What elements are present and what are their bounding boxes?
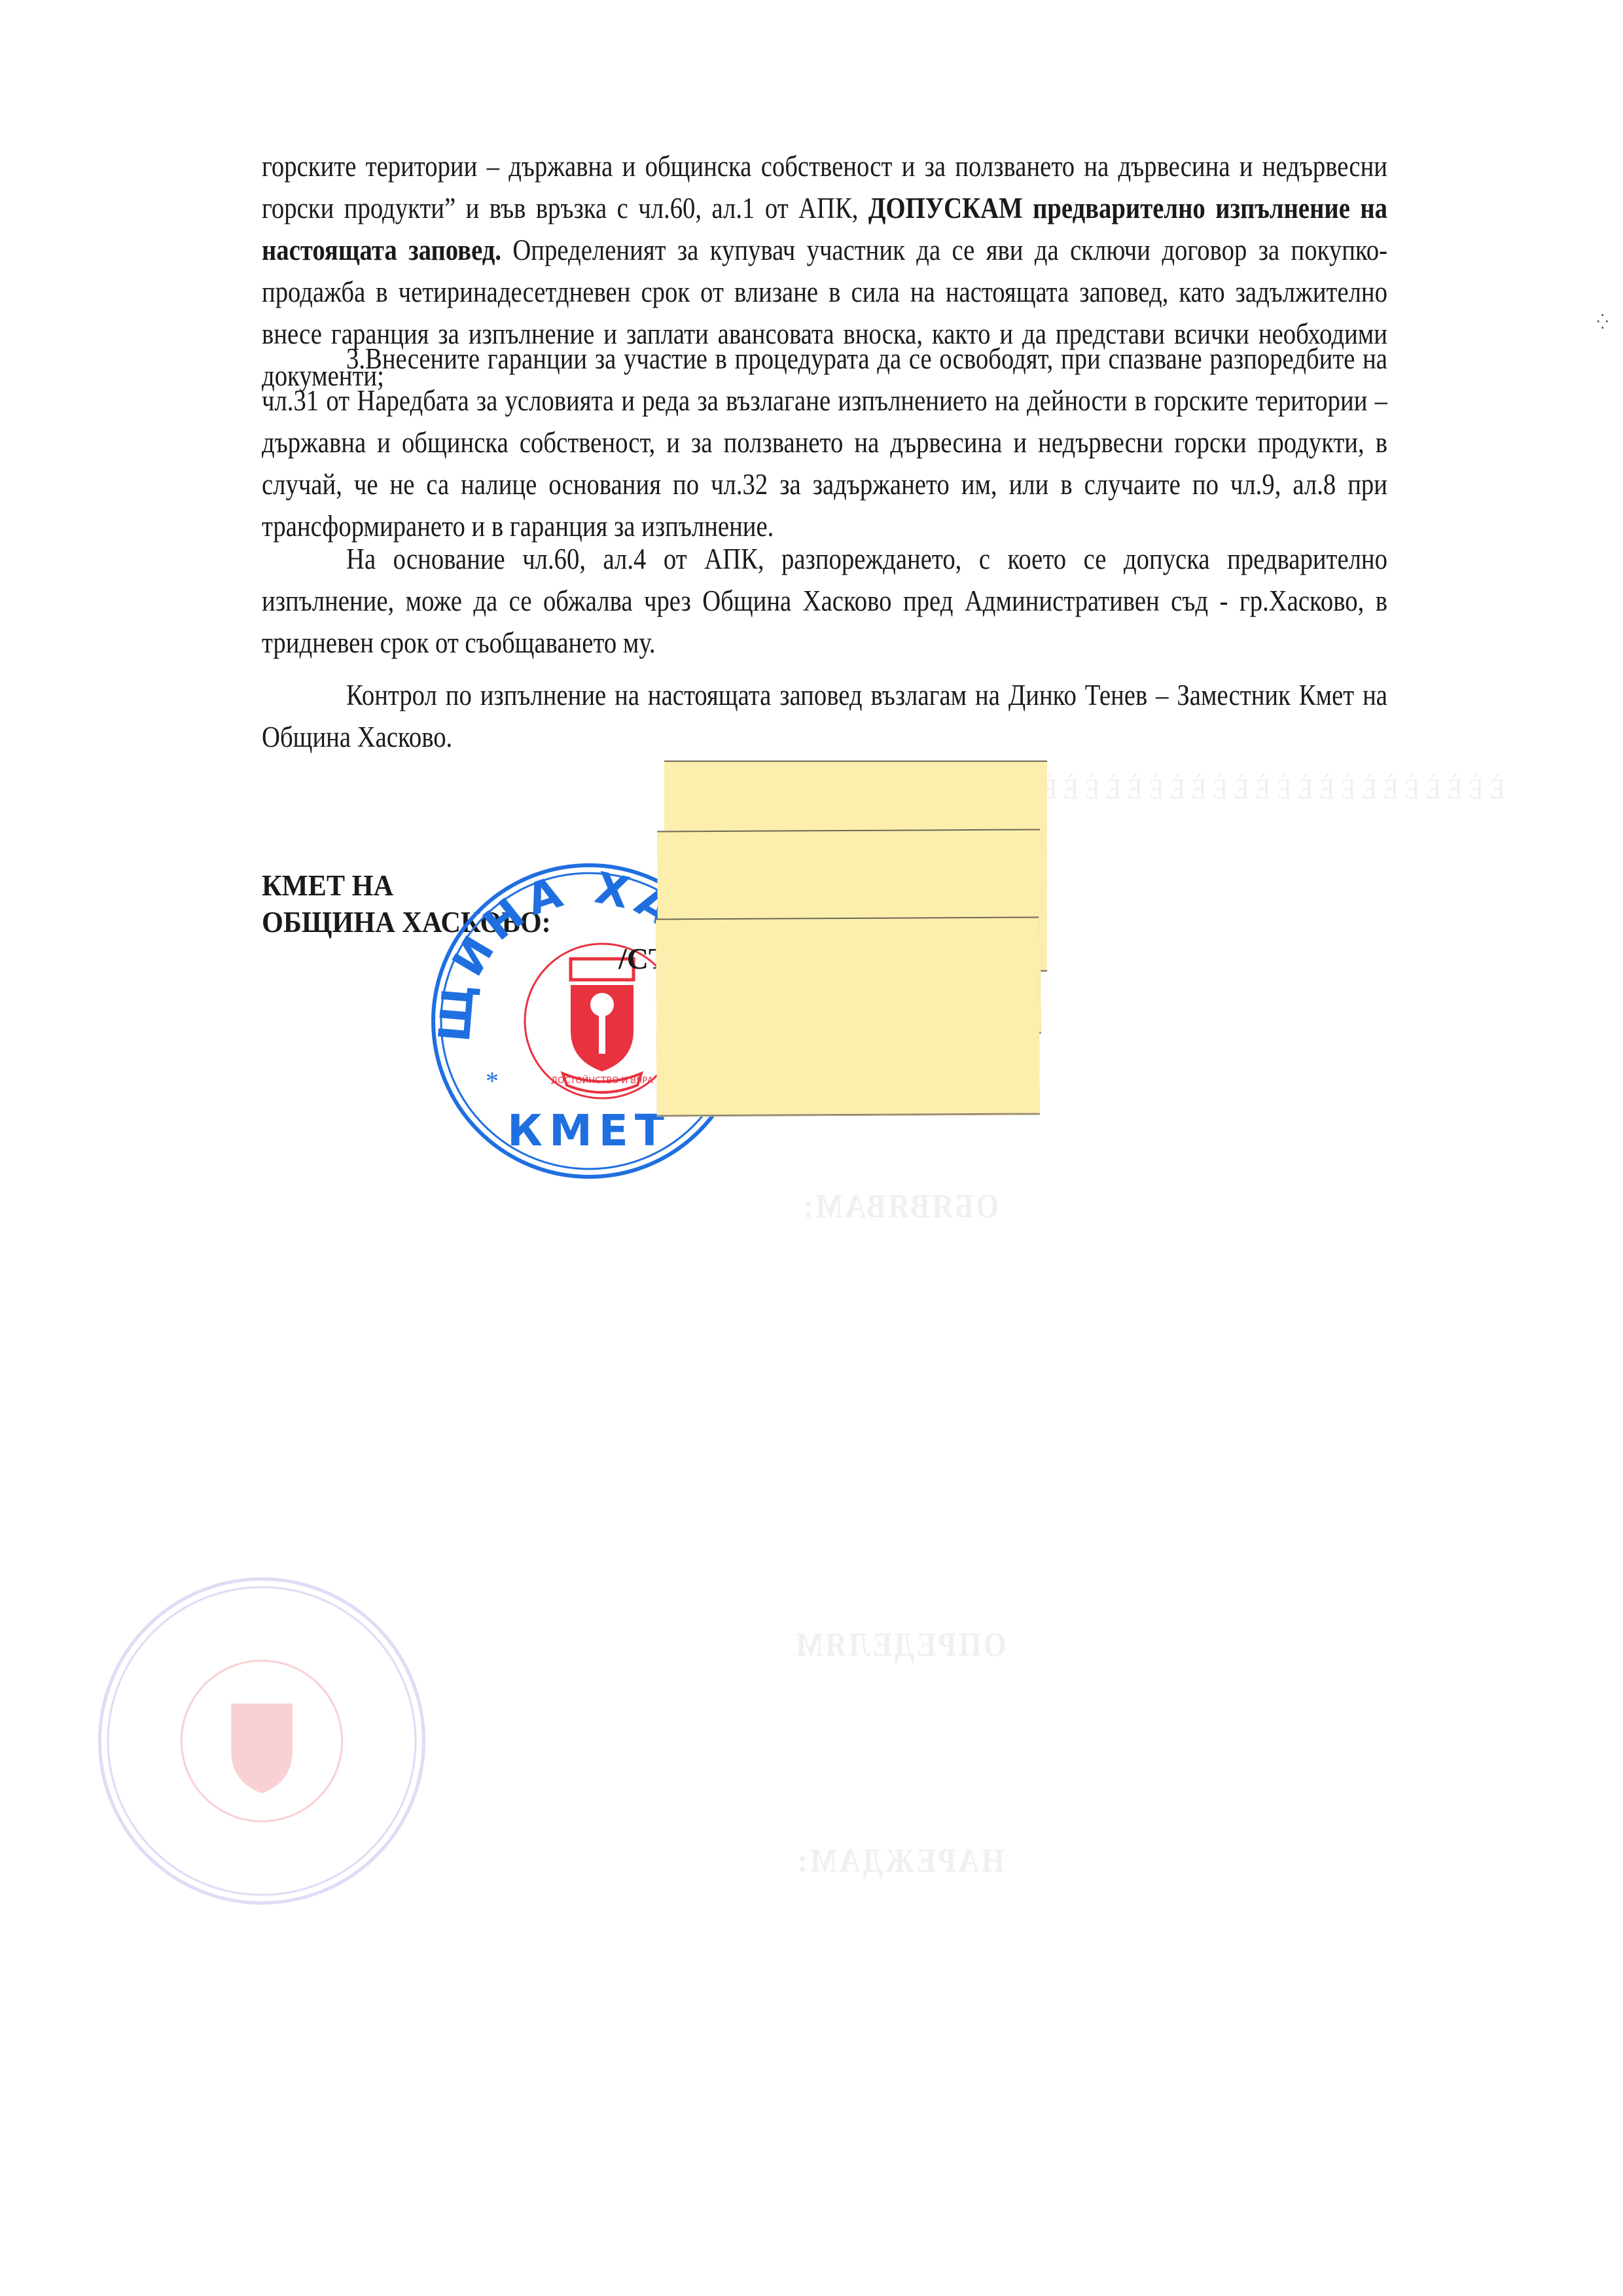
appeal-text: На основание чл.60, ал.4 от АПК, разпоре… [262,538,1387,664]
bleed-through-stamp [92,1571,432,1911]
bleed-through-text-bottom: НАРЕЖДАМ: [295,1806,1505,1916]
paragraph-item-3: 3.Внесените гаранции за участие в процед… [262,338,1387,547]
redaction-note [656,916,1040,1116]
coat-of-arms-icon [563,959,641,1092]
scan-artifact: ⁛ [1597,317,1606,336]
bleed-through-heading: НАРЕЖДАМ: [295,1840,1505,1882]
paragraph-control: Контрол по изпълнение на настоящата запо… [262,674,1387,758]
bleed-through-heading: ОПРЕДЕЛЯМ [295,1624,1505,1666]
bleed-through-text-lower: ОПРЕДЕЛЯМ [295,1590,1505,1700]
control-text: Контрол по изпълнение на настоящата запо… [262,674,1387,758]
stamp-bottom-text: КМЕТ [507,1105,671,1156]
bleed-through-heading: ОБЯВЯВАМ: [295,1186,1505,1228]
stamp-star-icon: * [486,1066,499,1096]
scanned-document-page: Ѐ Ѐ Ѐ Ѐ Ѐ Ѐ Ѐ Ѐ Ѐ Ѐ Ѐ Ѐ Ѐ Ѐ Ѐ Ѐ Ѐ Ѐ Ѐ Ѐ … [0,0,1623,2296]
stamp-ribbon-text: ДОСТОЙНСТВО И ВЯРА [551,1075,653,1086]
paragraph-appeal: На основание чл.60, ал.4 от АПК, разпоре… [262,538,1387,664]
item-3-text: 3.Внесените гаранции за участие в процед… [262,338,1387,547]
